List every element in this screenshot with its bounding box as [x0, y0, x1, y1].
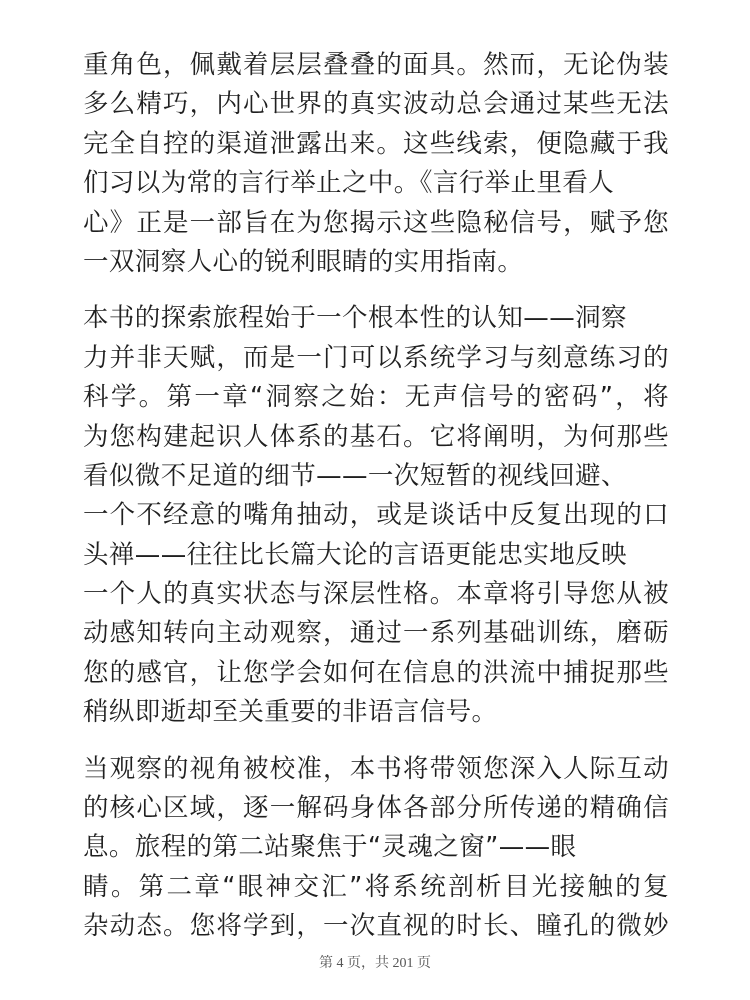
text-line: 们习以为常的言行举止之中。《言行举止里看人 [83, 164, 669, 203]
text-line: 动感知转向主动观察，通过一系列基础训练，磨砺 [83, 614, 669, 653]
text-line: 完全自控的渠道泄露出来。这些线索，便隐藏于我 [83, 125, 669, 164]
text-line: 一双洞察人心的锐利眼睛的实用指南。 [83, 243, 669, 282]
paragraph: 重角色，佩戴着层层叠叠的面具。然而，无论伪装多么精巧，内心世界的真实波动总会通过… [83, 46, 669, 282]
text-line: 为您构建起识人体系的基石。它将阐明，为何那些 [83, 418, 669, 457]
text-line: 稍纵即逝却至关重要的非语言信号。 [83, 693, 669, 732]
page-number-footer: 第 4 页，共 201 页 [0, 952, 750, 972]
text-line: 多么精巧，内心世界的真实波动总会通过某些无法 [83, 85, 669, 124]
text-line: 当观察的视角被校准，本书将带领您深入人际互动 [83, 750, 669, 789]
text-line: 您的感官，让您学会如何在信息的洪流中捕捉那些 [83, 654, 669, 693]
text-line: 科学。第一章“洞察之始：无声信号的密码”，将 [83, 378, 669, 417]
text-line: 睛。第二章“眼神交汇”将系统剖析目光接触的复 [83, 868, 669, 907]
text-line: 力并非天赋，而是一门可以系统学习与刻意练习的 [83, 339, 669, 378]
document-page: 重角色，佩戴着层层叠叠的面具。然而，无论伪装多么精巧，内心世界的真实波动总会通过… [0, 0, 750, 1000]
paragraph: 本书的探索旅程始于一个根本性的认知——洞察力并非天赋，而是一门可以系统学习与刻意… [83, 299, 669, 732]
text-line: 心》正是一部旨在为您揭示这些隐秘信号，赋予您 [83, 204, 669, 243]
text-line: 本书的探索旅程始于一个根本性的认知——洞察 [83, 299, 669, 338]
text-line: 一个人的真实状态与深层性格。本章将引导您从被 [83, 575, 669, 614]
text-line: 的核心区域，逐一解码身体各部分所传递的精确信 [83, 789, 669, 828]
paragraph: 当观察的视角被校准，本书将带领您深入人际互动的核心区域，逐一解码身体各部分所传递… [83, 750, 669, 947]
text-line: 头禅——往往比长篇大论的言语更能忠实地反映 [83, 536, 669, 575]
text-line: 杂动态。您将学到，一次直视的时长、瞳孔的微妙 [83, 907, 669, 946]
text-line: 重角色，佩戴着层层叠叠的面具。然而，无论伪装 [83, 46, 669, 85]
text-line: 看似微不足道的细节——一次短暂的视线回避、 [83, 457, 669, 496]
body-text: 重角色，佩戴着层层叠叠的面具。然而，无论伪装多么精巧，内心世界的真实波动总会通过… [83, 46, 669, 964]
text-line: 一个不经意的嘴角抽动，或是谈话中反复出现的口 [83, 496, 669, 535]
text-line: 息。旅程的第二站聚焦于“灵魂之窗”——眼 [83, 828, 669, 867]
